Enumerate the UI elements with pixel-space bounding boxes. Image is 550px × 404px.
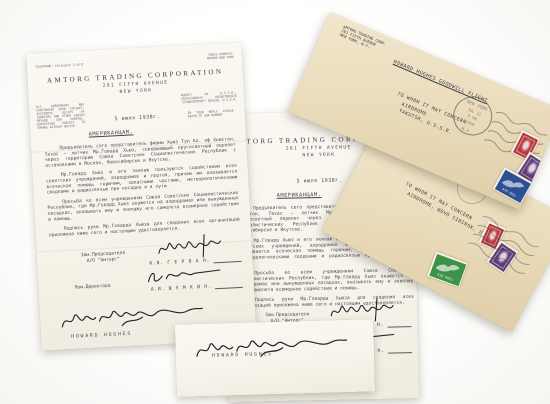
salutation: АМЕРИКАНЦАМ.: [89, 129, 134, 137]
howard-hughes-signature: [185, 328, 356, 367]
envelope1-return-address: AMTORG TRADING CORP. 261 FIFTH AVENUE NE…: [339, 25, 405, 63]
signer1-title: Зам.Председателя А/О "Амторг": [73, 251, 134, 265]
svg-text:N.Y.: N.Y.: [460, 126, 473, 136]
salutation: АМЕРИКАНЦАМ.: [277, 192, 322, 199]
amtorg-signature-1: [154, 232, 225, 262]
svg-text:AIR MAIL: AIR MAIL: [501, 186, 517, 197]
letterhead-cable: CABLE ADDRESS: AMTORG NEW YORK: [179, 52, 234, 62]
letterhead-telephone: TELEPHONE: LExington 2-4117: [35, 61, 110, 68]
stamp-portrait: [520, 156, 542, 180]
typed-rule: [388, 349, 412, 354]
signature-sheet: HOWARD HUGHES: [175, 319, 375, 397]
photographed-document-lot: AMTORG TRADING CORPORATION 261 FIFTH AVE…: [0, 0, 550, 404]
letter-body: Предъявитель сего представитель фирмы Хь…: [44, 136, 240, 242]
postage-stamp-green-airmail: AIR MAIL: [427, 251, 468, 287]
letter-copy-1: TELEPHONE: LExington 2-4117 CABLE ADDRES…: [26, 43, 256, 351]
paragraph: Просьба ко всем учреждениям Союза Советс…: [239, 267, 413, 293]
typed-rule: [214, 284, 243, 289]
eagle-airmail-icon: AIR MAIL: [429, 253, 466, 285]
letterhead-right-notice: AGENTS IN U.S.S.R.: VSESOJUZNOJE OBJEDIN…: [181, 91, 237, 104]
signer2-title: Пом.Директора: [75, 284, 111, 291]
svg-text:AIR MAIL: AIR MAIL: [436, 272, 453, 281]
